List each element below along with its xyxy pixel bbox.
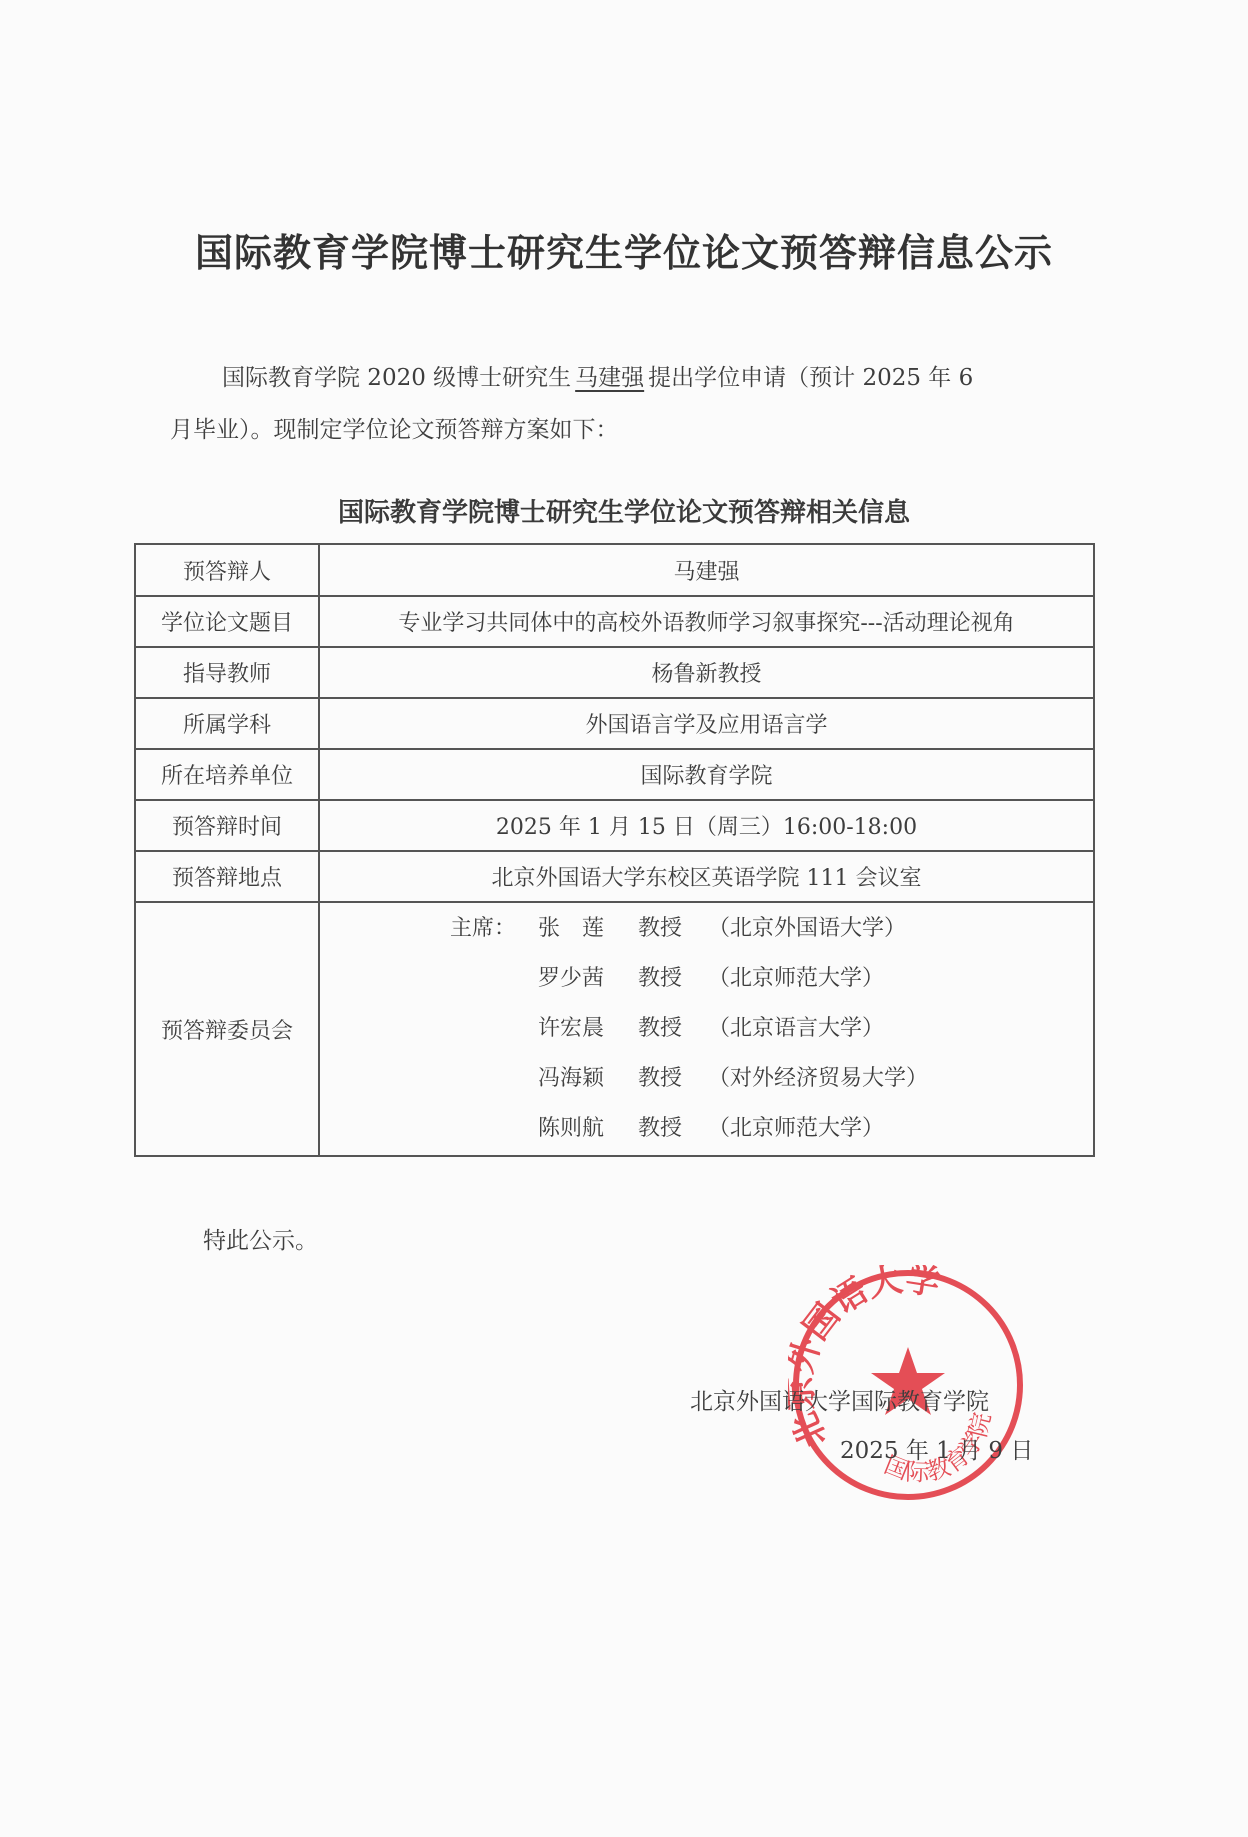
signature-date: 2025 年 1 月 9 日 [840,1432,1033,1465]
committee-member: 冯海颖教授（对外经济贸易大学） [450,1054,1093,1104]
table-row: 预答辩人 马建强 [135,544,1094,596]
row-value: 国际教育学院 [319,749,1094,800]
table-title: 国际教育学院博士研究生学位论文预答辩相关信息 [0,492,1248,529]
row-label: 预答辩地点 [135,851,319,902]
intro-paragraph: 国际教育学院 2020 级博士研究生马建强提出学位申请（预计 2025 年 6 … [170,352,1070,456]
table-row: 所属学科 外国语言学及应用语言学 [135,698,1094,749]
table-row: 学位论文题目 专业学习共同体中的高校外语教师学习叙事探究---活动理论视角 [135,596,1094,647]
intro-part2: 提出学位申请（预计 2025 年 6 [648,365,973,391]
student-name-underlined: 马建强 [571,365,648,391]
member-name: 冯海颖 [538,1054,638,1104]
row-value: 专业学习共同体中的高校外语教师学习叙事探究---活动理论视角 [319,596,1094,647]
member-title: 教授 [638,954,708,1004]
member-title: 教授 [638,1104,708,1154]
member-affiliation: （北京师范大学） [708,1116,884,1141]
row-value: 2025 年 1 月 15 日（周三）16:00-18:00 [319,800,1094,851]
member-role: 主席： [450,904,538,954]
row-label: 所在培养单位 [135,749,319,800]
committee-member: 罗少茜教授（北京师范大学） [450,954,1093,1004]
member-affiliation: （北京师范大学） [708,966,884,991]
member-title: 教授 [638,1004,708,1054]
table-row: 预答辩地点 北京外国语大学东校区英语学院 111 会议室 [135,851,1094,902]
committee-member: 主席：张 莲教授（北京外国语大学） [450,904,1093,954]
svg-text:北京外国语大学: 北京外国语大学 [788,1265,942,1454]
member-name: 张 莲 [538,904,638,954]
member-name: 许宏晨 [538,1004,638,1054]
row-label: 预答辩时间 [135,800,319,851]
intro-line2: 月毕业）。现制定学位论文预答辩方案如下： [170,417,619,443]
member-affiliation: （对外经济贸易大学） [708,1066,928,1091]
defense-info-table: 预答辩人 马建强 学位论文题目 专业学习共同体中的高校外语教师学习叙事探究---… [134,543,1095,1157]
signature-organization: 北京外国语大学国际教育学院 [690,1383,989,1416]
seal-outer-text: 北京外国语大学 [788,1265,942,1454]
document-title: 国际教育学院博士研究生学位论文预答辩信息公示 [0,222,1248,277]
member-name: 陈则航 [538,1104,638,1154]
committee-member: 许宏晨教授（北京语言大学） [450,1004,1093,1054]
member-title: 教授 [638,904,708,954]
table-row: 预答辩时间 2025 年 1 月 15 日（周三）16:00-18:00 [135,800,1094,851]
row-value: 外国语言学及应用语言学 [319,698,1094,749]
row-label: 学位论文题目 [135,596,319,647]
member-affiliation: （北京外国语大学） [708,916,906,941]
committee-members: 主席：张 莲教授（北京外国语大学） 罗少茜教授（北京师范大学） 许宏晨教授（北京… [319,902,1094,1156]
row-label: 指导教师 [135,647,319,698]
row-label: 所属学科 [135,698,319,749]
table-row: 所在培养单位 国际教育学院 [135,749,1094,800]
member-name: 罗少茜 [538,954,638,1004]
row-value: 杨鲁新教授 [319,647,1094,698]
row-value: 北京外国语大学东校区英语学院 111 会议室 [319,851,1094,902]
member-affiliation: （北京语言大学） [708,1016,884,1041]
committee-member: 陈则航教授（北京师范大学） [450,1104,1093,1154]
table-row-committee: 预答辩委员会 主席：张 莲教授（北京外国语大学） 罗少茜教授（北京师范大学） 许… [135,902,1094,1156]
row-label: 预答辩人 [135,544,319,596]
closing-statement: 特此公示。 [203,1222,318,1255]
intro-part1: 国际教育学院 2020 级博士研究生 [222,365,571,391]
table-row: 指导教师 杨鲁新教授 [135,647,1094,698]
member-title: 教授 [638,1054,708,1104]
row-value: 马建强 [319,544,1094,596]
row-label: 预答辩委员会 [135,902,319,1156]
